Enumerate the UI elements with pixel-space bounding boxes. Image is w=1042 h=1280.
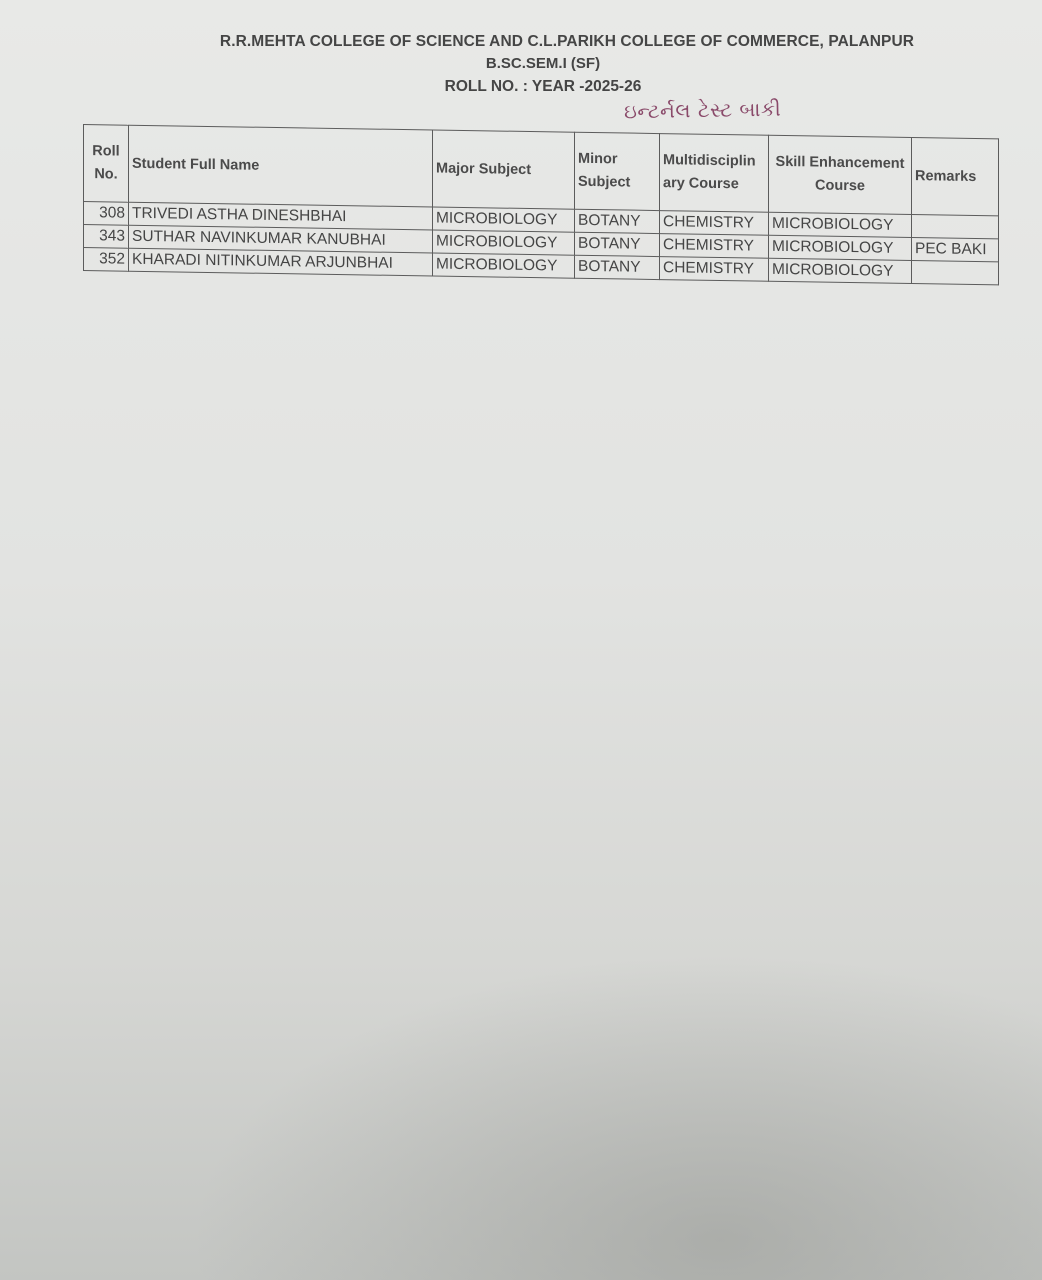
cell-remarks	[912, 215, 999, 239]
document-page: R.R.MEHTA COLLEGE OF SCIENCE AND C.L.PAR…	[0, 0, 1042, 1280]
cell-remarks	[912, 261, 999, 285]
cell-minor: BOTANY	[575, 209, 660, 233]
cell-roll: 343	[84, 225, 129, 249]
header-roll: Roll No.	[84, 125, 129, 203]
cell-skill: MICROBIOLOGY	[769, 258, 912, 283]
cell-major: MICROBIOLOGY	[433, 230, 575, 255]
header-multidisciplinary: Multidisciplin ary Course	[660, 134, 769, 213]
cell-remarks: PEC BAKI	[912, 238, 999, 262]
header-name: Student Full Name	[129, 125, 433, 207]
header-skill-enhancement: Skill Enhancement Course	[769, 135, 912, 214]
cell-minor: BOTANY	[575, 255, 660, 279]
cell-skill: MICROBIOLOGY	[769, 235, 912, 260]
cell-major: MICROBIOLOGY	[433, 253, 575, 278]
course-title: B.SC.SEM.I (SF)	[22, 55, 1042, 72]
handwritten-note: ઇન્ટર્નલ ટેસ્ટ બાકી	[624, 97, 782, 124]
header-major: Major Subject	[433, 130, 575, 209]
cell-major: MICROBIOLOGY	[433, 207, 575, 232]
cell-multidisciplinary: CHEMISTRY	[660, 211, 769, 236]
table-header-row: Roll No. Student Full Name Major Subject…	[84, 125, 999, 216]
cell-name: KHARADI NITINKUMAR ARJUNBHAI	[129, 248, 433, 276]
cell-multidisciplinary: CHEMISTRY	[660, 234, 769, 259]
cell-roll: 352	[84, 248, 129, 272]
cell-minor: BOTANY	[575, 232, 660, 256]
cell-multidisciplinary: CHEMISTRY	[660, 257, 769, 282]
header-minor: Minor Subject	[575, 132, 660, 210]
student-table: Roll No. Student Full Name Major Subject…	[83, 124, 999, 285]
roll-year-title: ROLL NO. : YEAR -2025-26	[22, 78, 1042, 96]
cell-roll: 308	[84, 202, 129, 226]
student-table-wrapper: Roll No. Student Full Name Major Subject…	[83, 124, 999, 285]
cell-skill: MICROBIOLOGY	[769, 212, 912, 237]
college-title: R.R.MEHTA COLLEGE OF SCIENCE AND C.L.PAR…	[46, 33, 1042, 51]
header-remarks: Remarks	[912, 138, 999, 216]
